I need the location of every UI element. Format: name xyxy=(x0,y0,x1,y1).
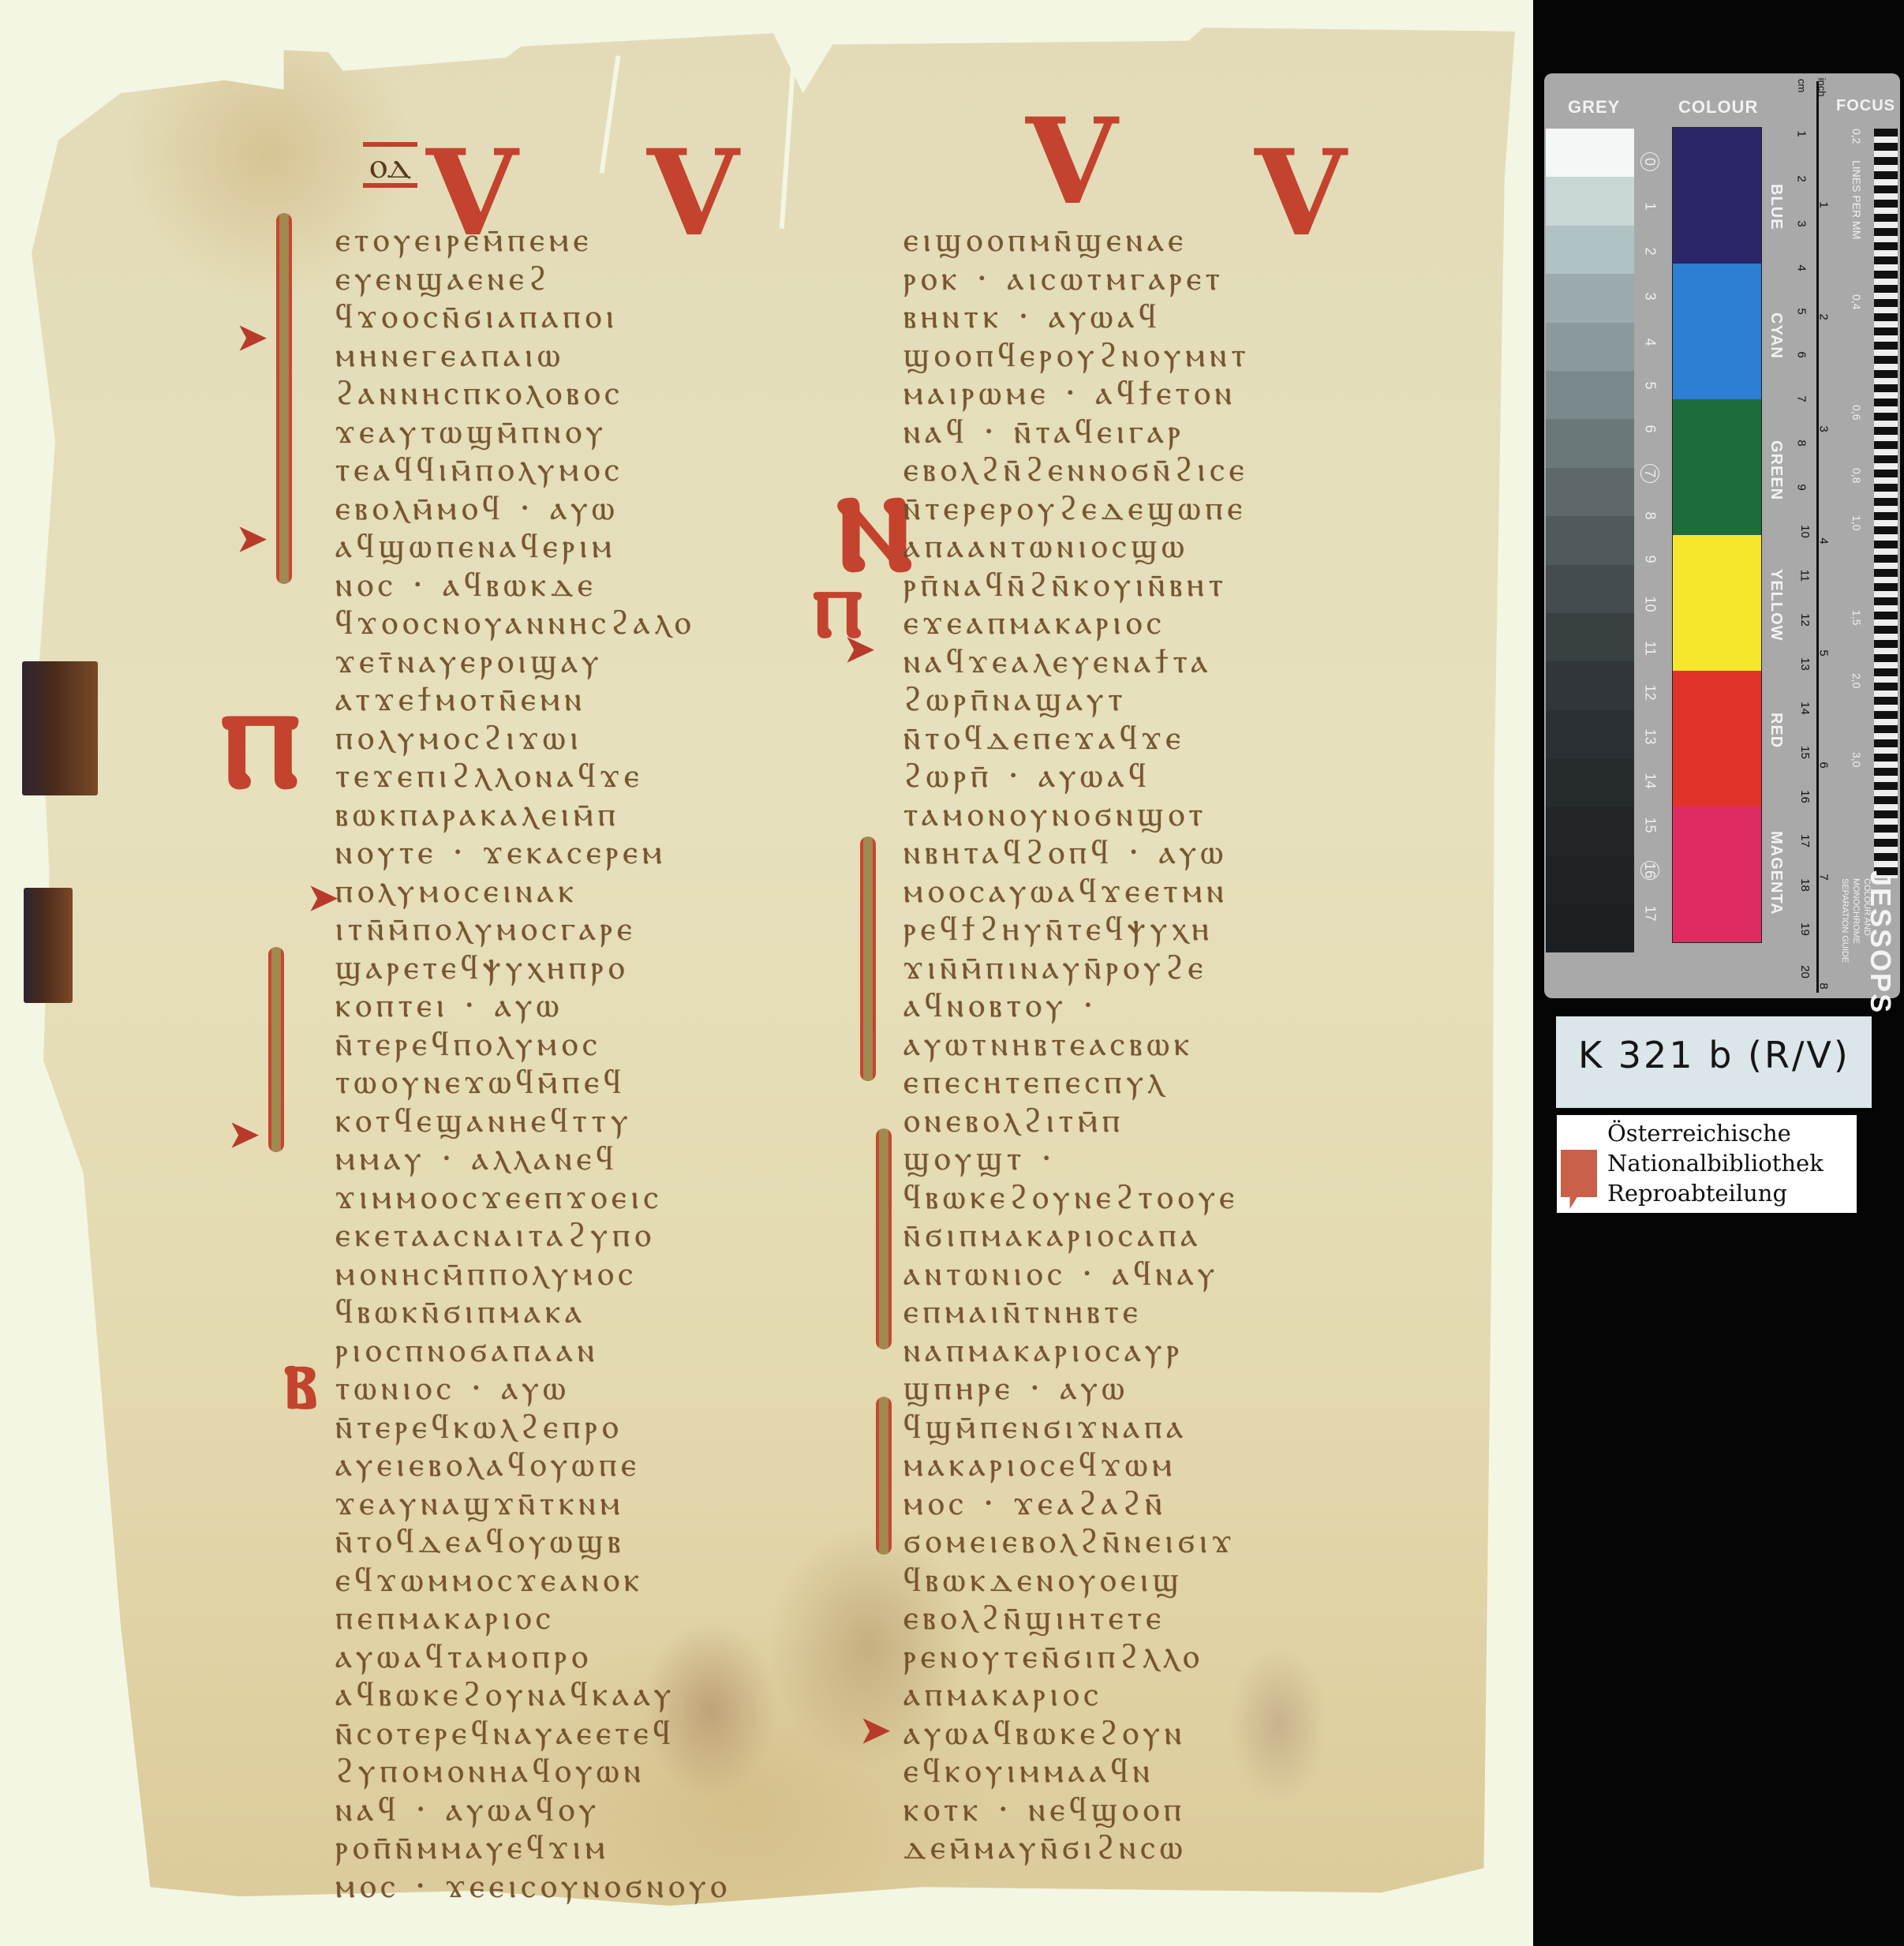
text-line: ⲉⲕⲉⲧⲁⲁⲥⲛⲁⲓⲧⲁϩⲩⲡⲟ xyxy=(335,1216,809,1255)
grey-step-number: 2 xyxy=(1642,242,1659,261)
text-line: ϩⲱⲣⲡ̄ · ⲁⲩⲱⲁϥ xyxy=(903,757,1416,795)
institution-line-1: Österreichische xyxy=(1607,1118,1824,1148)
text-line: ⲣⲟⲕ · ⲁⲓⲥⲱⲧⲙⲅⲁⲣⲉⲧ xyxy=(903,260,1416,298)
cm-tick-label: 13 xyxy=(1798,657,1812,671)
text-line: ⲇⲉⲙ̄ⲙⲁⲩⲛ̄ϭⲓϩⲛⲥⲱ xyxy=(903,1828,1416,1867)
text-line: ⲣⲟⲡ̄ⲛ̄ⲙⲙⲁⲩⲉϥϫⲓⲙ xyxy=(335,1828,809,1867)
text-line: ⲛⲁϥ · ⲛ̄ⲧⲁϥⲉⲓⲅⲁⲣ xyxy=(903,413,1416,451)
text-line: ⲛⲟⲩⲧⲉ · ϫⲉⲕⲁⲥⲉⲣⲉⲙ xyxy=(335,833,809,872)
grey-step xyxy=(1546,226,1634,274)
brand-subtitle-line2: SEPARATION GUIDE xyxy=(1840,878,1850,963)
grey-scale-strip xyxy=(1546,129,1634,953)
colour-calibration-card: GREY COLOUR FOCUS cm inch 0 1 2 3 4 5 6 … xyxy=(1544,73,1900,998)
grey-step xyxy=(1546,419,1634,467)
grey-step xyxy=(1546,129,1634,177)
text-line: ⲃⲏⲛⲧⲕ · ⲁⲩⲱⲁϥ xyxy=(903,298,1416,336)
text-line: ϥⲃⲱⲕⲇⲉⲛⲟⲩⲟⲉⲓϣ xyxy=(903,1561,1416,1600)
text-line: ⲧⲁⲙⲟⲛⲟⲩⲛⲟϭⲛϣⲟⲧ xyxy=(903,795,1416,834)
marginal-ornament-bar xyxy=(276,213,292,584)
text-column-left: ⲉⲧⲟⲩⲉⲓⲣⲉⲙ̄ⲡⲉⲙⲉ ⲉⲩⲉⲛϣⲁⲉⲛⲉϩ ϥϫⲟⲟⲥⲛ̄ϭⲓⲁⲡⲁⲡⲟ… xyxy=(335,221,809,1905)
cm-tick-label: 12 xyxy=(1798,613,1812,627)
text-line: ⲙⲙⲁⲩ · ⲁⲗⲗⲁⲛⲉϥ xyxy=(335,1140,809,1178)
text-line: ⲕⲟⲧϥⲉϣⲁⲛⲏⲉϥⲧⲧⲩ xyxy=(335,1102,809,1140)
cm-tick-label: 17 xyxy=(1798,834,1812,848)
grey-step-number: 6 xyxy=(1642,420,1659,439)
colour-header: COLOUR xyxy=(1678,97,1758,118)
inch-tick-label: 8 xyxy=(1817,982,1831,989)
text-line: ϫⲉⲧ̄ⲛⲁⲩⲉⲣⲟⲓϣⲁⲩ xyxy=(335,642,809,681)
colour-label: RED xyxy=(1767,713,1785,748)
institution-name: Österreichische Nationalbibliothek Repro… xyxy=(1607,1118,1824,1208)
focus-header: FOCUS xyxy=(1836,97,1895,115)
text-line: ⲙⲟⲥ · ϫⲉⲁϩⲁϩⲛ̄ xyxy=(903,1484,1416,1523)
text-line: ϥϫⲟⲟⲥⲛ̄ϭⲓⲁⲡⲁⲡⲟⲓ xyxy=(335,298,809,336)
text-line: ⲛ̄ⲧⲟϥⲇⲉⲡⲉϫⲁϥϫⲉ xyxy=(903,719,1416,758)
text-line: ⲉϫⲉⲁⲡⲙⲁⲕⲁⲣⲓⲟⲥ xyxy=(903,604,1416,642)
text-line: ⲙⲟⲥ · ϫⲉⲉⲓⲥⲟⲩⲛⲟϭⲛⲟⲩⲟ xyxy=(335,1867,809,1906)
grey-step-number: 14 xyxy=(1642,772,1659,791)
text-line: ⲛ̄ⲥⲟⲧⲉⲣⲉϥⲛⲁⲩⲁⲉⲉⲧⲉϥ xyxy=(335,1714,809,1753)
cm-tick-label: 4 xyxy=(1795,264,1809,271)
grey-step xyxy=(1546,274,1634,322)
text-line: ⲙⲁⲕⲁⲣⲓⲟⲥⲉϥϫⲱⲙ xyxy=(903,1446,1416,1484)
colour-label: YELLOW xyxy=(1767,569,1785,642)
cm-tick-label: 8 xyxy=(1795,440,1809,446)
focus-label: 0,2 xyxy=(1850,129,1863,144)
focus-label: 2,0 xyxy=(1850,673,1863,688)
cm-tick-label: 1 xyxy=(1795,130,1809,137)
paragraph-marker: ➤ xyxy=(860,1708,891,1751)
text-line: ⲁⲩⲱⲁϥⲧⲁⲙⲟⲡⲣⲟ xyxy=(335,1637,809,1676)
text-line: ⲁⲡⲙⲁⲕⲁⲣⲓⲟⲥ xyxy=(903,1675,1416,1714)
text-line: ⲣⲡ̄ⲛⲁϥⲛ̄ϩⲛ̄ⲕⲟⲩⲓⲛ̄ⲃⲏⲧ xyxy=(903,566,1416,604)
focus-label: 3,0 xyxy=(1850,752,1863,767)
focus-label: 0,6 xyxy=(1850,405,1863,420)
text-line: ϩⲱⲣⲡ̄ⲛⲁϣⲁⲩⲧ xyxy=(903,680,1416,719)
inch-tick-label: 5 xyxy=(1817,649,1831,656)
grey-step xyxy=(1546,710,1634,758)
text-line: ⲣⲉϥϯϩⲏⲩⲛ̄ⲧⲉϥⲯⲩⲭⲏ xyxy=(903,910,1416,949)
colour-label: MAGENTA xyxy=(1767,831,1785,915)
binding-tab-upper xyxy=(22,661,98,795)
cm-tick-label: 7 xyxy=(1795,395,1809,402)
text-line: ϩⲩⲡⲟⲙⲟⲛⲏⲁϥⲟⲩⲱⲛ xyxy=(335,1752,809,1791)
cm-tick-label: 19 xyxy=(1798,922,1812,936)
colour-patch-red xyxy=(1673,671,1761,806)
inch-tick-label: 7 xyxy=(1817,874,1831,880)
marginal-ornament-bar xyxy=(860,836,876,1081)
grey-step-number: 3 xyxy=(1642,287,1659,306)
grey-step-number: 5 xyxy=(1642,376,1659,395)
text-line: ⲁⲡⲁⲁⲛⲧⲱⲛⲓⲟⲥϣⲱ xyxy=(903,527,1416,566)
text-line: ϣⲁⲣⲉⲧⲉϥⲯⲩⲭⲏⲡⲣⲟ xyxy=(335,949,809,987)
inch-tick-label: 4 xyxy=(1817,537,1831,544)
focus-target-bars xyxy=(1874,129,1898,878)
text-line: ⲕⲟⲧⲕ · ⲛⲉϥϣⲟⲟⲡ xyxy=(903,1791,1416,1829)
text-line: ⲉⲩⲉⲛϣⲁⲉⲛⲉϩ xyxy=(335,260,809,298)
text-line: ⲡⲉⲡⲙⲁⲕⲁⲣⲓⲟⲥ xyxy=(335,1599,809,1637)
large-initial-beta: ⲃ xyxy=(284,1334,317,1420)
inch-tick-label: 2 xyxy=(1817,313,1831,320)
grey-step xyxy=(1546,904,1634,952)
text-line: ϩⲁⲛⲛⲏⲥⲡⲕⲟⲗⲟⲃⲟⲥ xyxy=(335,374,809,413)
text-line: ⲉⲃⲟⲗⲙ̄ⲙⲟϥ · ⲁⲩⲱ xyxy=(335,489,809,528)
institution-line-2: Nationalbibliothek xyxy=(1607,1148,1824,1178)
institution-label: Österreichische Nationalbibliothek Repro… xyxy=(1557,1115,1857,1213)
institution-line-3: Reproabteilung xyxy=(1607,1178,1824,1208)
focus-label: 1,5 xyxy=(1850,610,1863,625)
grey-step xyxy=(1546,323,1634,371)
brand-subtitle: COLOUR AND MONOCHROME SEPARATION GUIDE xyxy=(1839,878,1872,998)
cm-tick-label: 10 xyxy=(1798,525,1812,538)
brand-subtitle-line1: COLOUR AND MONOCHROME xyxy=(1851,878,1872,944)
text-line: ⲓⲧⲛ̄ⲙ̄ⲡⲟⲗⲩⲙⲟⲥⲅⲁⲣⲉ xyxy=(335,910,809,949)
inch-tick-label: 6 xyxy=(1817,762,1831,768)
cm-tick-label: 6 xyxy=(1795,351,1809,357)
grey-step-number: 11 xyxy=(1642,639,1659,658)
onb-logo-icon xyxy=(1561,1150,1597,1209)
text-line: ⲁϥⲛⲟⲃⲧⲟⲩ · xyxy=(903,986,1416,1025)
grey-step-number: 17 xyxy=(1642,904,1659,923)
text-line: ⲛ̄ⲧⲟϥⲇⲉⲁϥⲟⲩⲱϣⲃ xyxy=(335,1522,809,1561)
grey-step xyxy=(1546,468,1634,516)
cm-tick-label: 9 xyxy=(1795,484,1809,490)
grey-step xyxy=(1546,516,1634,564)
grey-step xyxy=(1546,613,1634,661)
text-line: ⲛⲁϥϫⲉⲁⲗⲉⲩⲉⲛⲁϯⲧⲁ xyxy=(903,642,1416,681)
text-line: ⲧⲉⲁϥϥⲓⲙ̄ⲡⲟⲗⲩⲙⲟⲥ xyxy=(335,451,809,489)
cm-tick-label: 11 xyxy=(1797,570,1811,582)
text-line: ⲟⲛⲉⲃⲟⲗϩⲓⲧⲙ̄ⲡ xyxy=(903,1102,1416,1140)
inch-tick-label: 1 xyxy=(1817,201,1831,208)
text-line: ⲁϥⲃⲱⲕⲉϩⲟⲩⲛⲁϥⲕⲁⲁⲩ xyxy=(335,1675,809,1714)
grey-step-number: 15 xyxy=(1642,816,1659,835)
cm-tick-label: 14 xyxy=(1798,702,1812,715)
text-line: ϥϫⲟⲟⲥⲛⲟⲩⲁⲛⲛⲏⲥϩⲁⲗⲟ xyxy=(335,604,809,642)
grey-step-number: 12 xyxy=(1642,683,1659,702)
text-line: ϫⲉⲁⲩⲛⲁϣϫⲛ̄ⲧⲕⲛⲙ xyxy=(335,1484,809,1523)
colour-label: GREEN xyxy=(1767,440,1785,500)
text-line: ϫⲓⲙⲙⲟⲟⲥϫⲉⲉⲡϫⲟⲉⲓⲥ xyxy=(335,1178,809,1217)
text-line: ⲣⲉⲛⲟⲩⲧⲉⲛ̄ϭⲓⲡϩⲗⲗⲟ xyxy=(903,1637,1416,1676)
text-column-right: ⲉⲓϣⲟⲟⲡⲙⲛ̄ϣⲉⲛⲁⲉ ⲣⲟⲕ · ⲁⲓⲥⲱⲧⲙⲅⲁⲣⲉⲧ ⲃⲏⲛⲧⲕ ·… xyxy=(903,221,1416,1867)
text-line: ⲉϥϫⲱⲙⲙⲟⲥϫⲉⲁⲛⲟⲕ xyxy=(335,1561,809,1600)
text-line: ⲉⲃⲟⲗϩⲛ̄ϣⲓⲏⲧⲉⲧⲉ xyxy=(903,1599,1416,1637)
text-line: ⲉⲓϣⲟⲟⲡⲙⲛ̄ϣⲉⲛⲁⲉ xyxy=(903,221,1416,260)
text-line: ⲛ̄ϭⲓⲡⲙⲁⲕⲁⲣⲓⲟⲥⲁⲡⲁ xyxy=(903,1216,1416,1255)
text-line: ⲉϥⲕⲟⲩⲓⲙⲙⲁⲁϥⲛ xyxy=(903,1752,1416,1791)
text-line: ⲃⲱⲕⲡⲁⲣⲁⲕⲁⲗⲉⲓⲙ̄ⲡ xyxy=(335,795,809,834)
text-line: ϣⲡⲏⲣⲉ · ⲁⲩⲱ xyxy=(903,1369,1416,1408)
marginal-ornament-bar xyxy=(268,947,284,1152)
text-line: ϥϣⲙ̄ⲡⲉⲛϭⲓϫⲛⲁⲡⲁ xyxy=(903,1408,1416,1446)
colour-patch-strip xyxy=(1672,127,1762,943)
text-line: ϫⲉⲁⲩⲧⲱϣⲙ̄ⲡⲛⲟⲩ xyxy=(335,413,809,451)
inch-tick-label: 3 xyxy=(1817,425,1831,432)
text-line: ⲣⲓⲟⲥⲡⲛⲟϭⲁⲡⲁⲁⲛ xyxy=(335,1331,809,1370)
colour-label: BLUE xyxy=(1767,184,1785,230)
text-line: ϥⲃⲱⲕⲉϩⲟⲩⲛⲉϩⲧⲟⲟⲩⲉ xyxy=(903,1178,1416,1217)
grey-step-number: 4 xyxy=(1642,333,1659,352)
text-line: ϣⲟⲩϣⲧ · xyxy=(903,1140,1416,1178)
text-line: ⲁϥϣⲱⲡⲉⲛⲁϥⲉⲣⲓⲙ xyxy=(335,527,809,566)
colour-label: CYAN xyxy=(1767,312,1785,359)
focus-label: 1,0 xyxy=(1850,515,1863,530)
text-line: ϣⲟⲟⲡϥⲉⲣⲟⲩϩⲛⲟⲩⲙⲛⲧ xyxy=(903,336,1416,375)
grey-step-number: 1 xyxy=(1642,197,1659,216)
text-line: ⲛ̄ⲧⲉⲣⲉⲣⲟⲩϩⲉⲇⲉϣⲱⲡⲉ xyxy=(903,489,1416,528)
text-line: ⲁⲛⲧⲱⲛⲓⲟⲥ · ⲁϥⲛⲁⲩ xyxy=(903,1255,1416,1293)
grey-step-number: 13 xyxy=(1642,728,1659,747)
colour-patch-yellow xyxy=(1673,535,1761,671)
grey-step xyxy=(1546,758,1634,806)
text-line: ⲧⲉϫⲉⲡⲓϩⲗⲗⲟⲛⲁϥϫⲉ xyxy=(335,757,809,795)
text-line: ⲙⲟⲟⲥⲁⲩⲱⲁϥϫⲉⲉⲧⲙⲛ xyxy=(903,872,1416,911)
text-line: ϫⲓⲛ̄ⲙ̄ⲡⲓⲛⲁⲩⲛ̄ⲣⲟⲩϩⲉ xyxy=(903,949,1416,987)
grey-step-number: 0 xyxy=(1640,152,1659,171)
cm-tick-label: 16 xyxy=(1798,790,1812,803)
colour-patch-blue xyxy=(1673,128,1761,264)
grey-step-number: 8 xyxy=(1642,507,1659,526)
shelfmark-text: K 321 b (R/V) xyxy=(1578,1034,1850,1076)
text-line: ⲕⲟⲡⲧⲉⲓ · ⲁⲩⲱ xyxy=(335,986,809,1025)
text-line: ⲛ̄ⲧⲉⲣⲉϥⲕⲱⲗϩⲉⲡⲣⲟ xyxy=(335,1408,809,1446)
grey-step xyxy=(1546,661,1634,709)
cm-tick-label: 15 xyxy=(1798,746,1812,759)
grey-step xyxy=(1546,806,1634,855)
shelfmark-label: K 321 b (R/V) xyxy=(1556,1016,1872,1108)
text-line: ⲛⲁⲡⲙⲁⲕⲁⲣⲓⲟⲥⲁⲩⲣ xyxy=(903,1331,1416,1370)
cm-tick-label: 20 xyxy=(1798,965,1812,979)
text-line: ⲁⲩⲉⲓⲉⲃⲟⲗⲁϥⲟⲩⲱⲡⲉ xyxy=(335,1446,809,1484)
text-line: ⲛⲁϥ · ⲁⲩⲱⲁϥⲟⲩ xyxy=(335,1791,809,1829)
marginal-ornament-bar xyxy=(876,1397,892,1555)
text-line: ⲉⲡⲉⲥⲏⲧⲉⲡⲉⲥⲡⲩⲗ xyxy=(903,1063,1416,1102)
large-initial-pi: ⲡ xyxy=(221,659,300,809)
text-line: ϥⲃⲱⲕⲛ̄ϭⲓⲡⲙⲁⲕⲁ xyxy=(335,1293,809,1331)
colour-patch-cyan xyxy=(1673,264,1761,399)
text-line: ⲙⲏⲛⲉⲅⲉⲁⲡⲁⲓⲱ xyxy=(335,336,809,375)
ornament-v-initial: V xyxy=(1026,103,1117,221)
grey-step xyxy=(1546,565,1634,613)
grey-step-number: 16 xyxy=(1640,861,1659,880)
text-line: ⲧⲱⲛⲓⲟⲥ · ⲁⲩⲱ xyxy=(335,1369,809,1408)
text-line: ⲙⲁⲓⲣⲱⲙⲉ · ⲁϥϯⲉⲧⲟⲛ xyxy=(903,374,1416,413)
cm-tick-label: 18 xyxy=(1798,878,1812,892)
colour-patch-magenta xyxy=(1673,806,1761,942)
paragraph-marker: ➤ xyxy=(237,316,267,358)
text-line: ⲛ̄ⲧⲉⲣⲉϥⲡⲟⲗⲩⲙⲟⲥ xyxy=(335,1025,809,1064)
text-line: ⲁⲧϫⲉϯⲙⲟⲧⲛ̄ⲉⲙⲛ xyxy=(335,680,809,719)
focus-label: 0,8 xyxy=(1850,468,1863,483)
cm-tick-label: 5 xyxy=(1795,308,1809,314)
grey-step xyxy=(1546,177,1634,225)
cm-tick-label: 3 xyxy=(1795,220,1809,226)
grey-step xyxy=(1546,371,1634,419)
text-line: ⲉⲃⲟⲗϩⲛ̄ϩⲉⲛⲛⲟϭⲛ̄ϩⲓⲥⲉ xyxy=(903,451,1416,489)
grey-step-number: 10 xyxy=(1642,595,1659,614)
text-line: ⲁⲩⲱⲁϥⲃⲱⲕⲉϩⲟⲩⲛ xyxy=(903,1714,1416,1753)
focus-label: LINES PER MM xyxy=(1850,160,1863,239)
grey-step-number: 7 xyxy=(1640,464,1659,483)
text-line: ⲉⲧⲟⲩⲉⲓⲣⲉⲙ̄ⲡⲉⲙⲉ xyxy=(335,221,809,260)
quire-number: ⲟⲇ xyxy=(363,142,417,188)
paragraph-marker: ➤ xyxy=(229,1113,260,1155)
text-line: ⲙⲟⲛⲏⲥⲙ̄ⲡⲡⲟⲗⲩⲙⲟⲥ xyxy=(335,1255,809,1293)
text-line: ⲡⲟⲗⲩⲙⲟⲥⲉⲓⲛⲁⲕ xyxy=(335,872,809,911)
grey-step-number: 9 xyxy=(1642,550,1659,569)
binding-tab-lower xyxy=(24,888,73,1003)
grey-header: GREY xyxy=(1568,97,1620,118)
paragraph-marker: ➤ xyxy=(237,517,267,559)
focus-label: 0,4 xyxy=(1850,294,1863,309)
text-line: ⲛⲃⲏⲧⲁϥϩⲟⲡϥ · ⲁⲩⲱ xyxy=(903,833,1416,872)
text-line: ⲧⲱⲟⲩⲛⲉϫⲱϥⲙ̄ⲡⲉϥ xyxy=(335,1063,809,1102)
cm-label: cm xyxy=(1796,79,1808,92)
colour-patch-green xyxy=(1673,399,1761,535)
paragraph-marker: ➤ xyxy=(308,876,339,919)
cm-tick-label: 2 xyxy=(1795,175,1809,182)
text-line: ⲛⲟⲥ · ⲁϥⲃⲱⲕⲇⲉ xyxy=(335,566,809,604)
text-line: ⲡⲟⲗⲩⲙⲟⲥϩⲓϫⲱⲓ xyxy=(335,719,809,758)
text-line: ⲉⲡⲙⲁⲓⲛ̄ⲧⲛⲏⲃⲧⲉ xyxy=(903,1293,1416,1331)
marginal-ornament-bar xyxy=(876,1128,892,1349)
text-line: ϭⲟⲙⲉⲓⲉⲃⲟⲗϩⲛ̄ⲛⲉⲓϭⲓϫ xyxy=(903,1522,1416,1561)
paragraph-marker: ➤ xyxy=(844,627,875,670)
text-line: ⲁⲩⲱⲧⲛⲏⲃⲧⲉⲁⲥⲃⲱⲕ xyxy=(903,1025,1416,1064)
grey-step xyxy=(1546,855,1634,904)
